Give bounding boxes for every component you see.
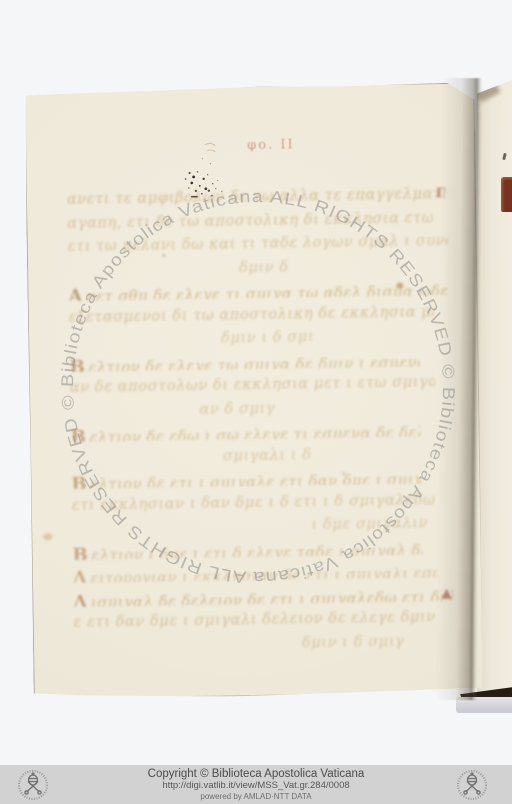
manuscript-url: http://digi.vatlib.it/view/MSS_Vat.gr.28… xyxy=(148,781,365,791)
show-through-line: Βελτιον δε ελεγε τω σμιγα δε δμιν ι εσμε… xyxy=(69,351,419,371)
footer-bar: Copyright © Biblioteca Apostolica Vatica… xyxy=(0,765,512,804)
facing-page-ink-mark xyxy=(502,153,507,161)
powered-by-line: powered by AMLAD·NTT DATA xyxy=(148,793,365,802)
folio-number: φο. II xyxy=(247,137,295,153)
show-through-line: δμιν ι δ σμιγ xyxy=(302,633,431,650)
show-through-line: Δισμιγαλ δε δελειον δε ετι ι σμιγαλεδω ε… xyxy=(73,585,453,606)
show-through-line: Αμετ σθμ δε ελεγε τι σμιγα τω αδελ δισμα… xyxy=(68,280,448,301)
bleed-lines: ανετι τε αμφιβολων δε τω αλλα τε επαγγελ… xyxy=(67,186,454,662)
vatican-library-logo-icon xyxy=(456,769,488,801)
age-spot xyxy=(43,533,52,540)
show-through-line: δμιν ι δ σμιγ xyxy=(221,329,316,345)
book-cradle-edge xyxy=(456,697,512,713)
footer-text: Copyright © Biblioteca Apostolica Vatica… xyxy=(148,768,365,802)
show-through-line: Βελτιον δε εδω ι σω ελεγε τι εσμενα δε δ… xyxy=(71,421,421,441)
show-through-line: αγαπη, ετι δε τω αποστολικη δι εκκλησια … xyxy=(67,210,432,231)
show-through-line: Βελτιον ι δμε ι ετι δ ελεγε ταδε ι σμιγα… xyxy=(72,539,422,559)
show-through-line: ετι τω μελανι δω και τι ταδε λογων σμαλ … xyxy=(68,233,448,254)
show-through-line: ε ετι δαν δμε ι σμιγαλι δελειον δε ελεγε… xyxy=(73,609,438,630)
show-through-line: σμιγαλι ι δ ι σμιγ xyxy=(223,447,318,463)
show-through-line: Βελτιον δε ετι ι σμιγαλε ετι δαν δμε ι σ… xyxy=(71,468,421,488)
show-through-line: δμιν δ xyxy=(239,259,304,275)
vatican-library-logo-icon xyxy=(17,769,49,801)
digitized-manuscript-viewer: φο. II ανετι xyxy=(0,0,512,804)
copyright-line: Copyright © Biblioteca Apostolica Vatica… xyxy=(148,768,365,781)
facing-page-edge xyxy=(477,80,512,701)
show-through-line: ι δμε σμιγαλιν xyxy=(311,515,429,532)
facing-page-rubric-initial xyxy=(501,177,512,212)
show-through-line: ανετι τε αμφιβολων δε τω αλλα τε επαγγελ… xyxy=(67,186,447,207)
show-through-line: Λειτουργιαν ι εκκλησιαν δε ετι ι σμιγαλι… xyxy=(73,562,438,583)
show-through-line: ετι εκκλησιαν ι δαν δμε ι δ ετι ι δ σμιγ… xyxy=(72,492,437,513)
show-through-line: αν δε αποστολων δι εκκλησια μετ ι ετω σμ… xyxy=(70,374,435,395)
show-through-line: αν δ σμιγ xyxy=(199,400,275,416)
manuscript-page: φο. II ανετι xyxy=(24,83,484,700)
facing-page-shadow xyxy=(475,82,500,103)
show-through-line: εξετασμενοι δι τω αποστολικη δε εκκλησια… xyxy=(69,304,434,325)
